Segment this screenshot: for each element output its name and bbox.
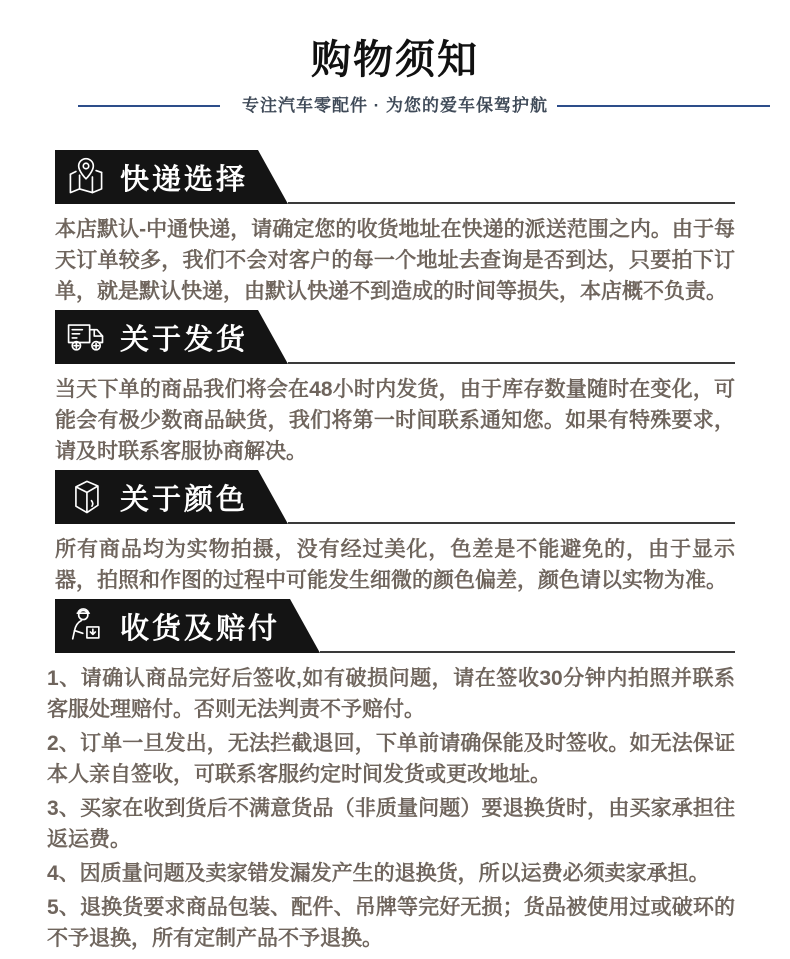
list-item-2: 2、订单一旦发出，无法拦截退回，下单前请确保能及时签收。如无法保证本人亲自签收，… [47,728,735,790]
section-heading-compensation: 收货及赔付 [120,606,280,647]
compensation-banner: 收货及赔付 [55,599,320,653]
express-paragraph: 本店默认-中通快递，请确定您的收货地址在快递的派送范围之内。由于每天订单较多，我… [55,214,735,307]
package-box-icon [64,475,108,519]
compensation-list: 1、请确认商品完好后签收,如有破损问题，请在签收30分钟内拍照并联系客服处理赔付… [47,663,735,954]
tagline-left-line [78,105,220,107]
color-banner: 关于颜色 [55,470,288,524]
section-header-shipping: 关于发货 [55,310,735,364]
map-pin-icon [64,155,108,199]
list-item-1: 1、请确认商品完好后签收,如有破损问题，请在签收30分钟内拍照并联系客服处理赔付… [47,663,735,725]
tagline-right-line [557,105,770,107]
page-title: 购物须知 [0,36,790,84]
courier-icon [64,604,108,648]
tagline: 专注汽车零配件 · 为您的爱车保驾护航 [0,94,790,118]
color-paragraph: 所有商品均为实物拍摄，没有经过美化，色差是不能避免的，由于显示器，拍照和作图的过… [55,534,735,596]
banner-underline [320,651,735,653]
shipping-banner: 关于发货 [55,310,288,364]
section-heading-express: 快递选择 [120,157,248,198]
delivery-truck-icon [64,315,108,359]
section-heading-color: 关于颜色 [120,477,248,518]
section-header-compensation: 收货及赔付 [55,599,735,653]
section-heading-shipping: 关于发货 [120,317,248,358]
banner-underline [288,202,735,204]
list-item-4: 4、因质量问题及卖家错发漏发产生的退换货，所以运费必须卖家承担。 [47,858,735,889]
list-item-5: 5、退换货要求商品包装、配件、吊牌等完好无损；货品被使用过或破环的不予退换，所有… [47,892,735,954]
banner-underline [288,522,735,524]
tagline-text: 专注汽车零配件 · 为您的爱车保驾护航 [242,94,548,118]
section-header-color: 关于颜色 [55,470,735,524]
shipping-paragraph: 当天下单的商品我们将会在48小时内发货，由于库存数量随时在变化，可能会有极少数商… [55,374,735,467]
banner-underline [288,362,735,364]
express-banner: 快递选择 [55,150,288,204]
section-header-express: 快递选择 [55,150,735,204]
list-item-3: 3、买家在收到货后不满意货品（非质量问题）要退换货时，由买家承担往返运费。 [47,793,735,855]
